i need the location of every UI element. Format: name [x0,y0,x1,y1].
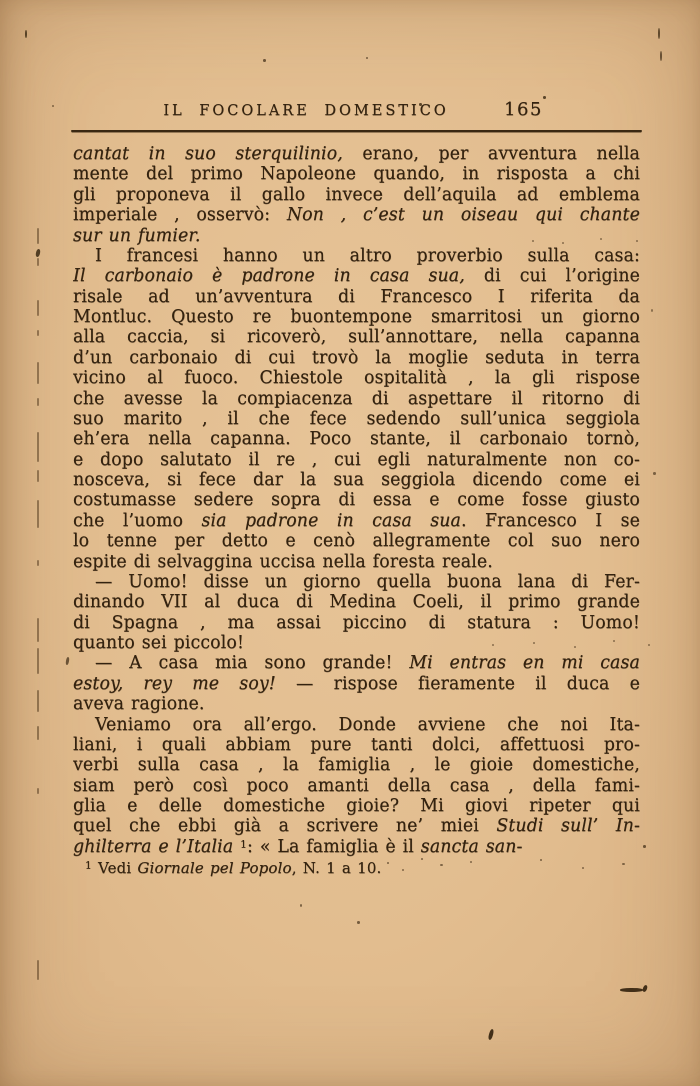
text-line: che l’uomo sia padrone in casa sua. Fran… [73,511,640,531]
text-line: — A casa mia sono grande! Mi entras en m… [73,653,640,673]
text-segment: liani, i quali abbiam pure tanti dolci, … [73,735,640,755]
fold-crease-mark [37,500,39,528]
ink-speckle [263,59,266,62]
fold-crease-mark [37,300,39,316]
ink-speckle [402,869,404,871]
text-line: ghilterra e l’Italia 1: « La famiglia è … [73,837,640,857]
text-line: quel che ebbi già a scrivere ne’ miei St… [73,816,640,836]
text-segment: siam però così poco amanti della casa , … [73,776,640,796]
ink-speckle [532,240,534,242]
text-line: suo marito , il che fece sedendo sull’un… [73,409,640,429]
text-line: glia e delle domestiche gioie? Mi giovi … [73,796,640,816]
text-line: 1 Vedi Giornale pel Popolo, N. 1 a 10. [73,859,640,878]
text-segment: sancta san- [421,837,523,857]
text-line: imperiale , osservò: Non , c’est un oise… [73,205,640,225]
ink-speckle [35,249,41,258]
text-line: lo tenne per detto e cenò allegramente c… [73,531,640,551]
text-segment: Vedi [92,859,138,877]
ink-speckle [642,985,648,993]
ink-speckle [648,644,650,646]
ink-speckle [600,238,602,240]
paragraph: Veniamo ora all’ergo. Donde avviene che … [73,715,640,858]
text-segment: che avesse la compiacenza di aspettare i… [73,389,640,409]
text-segment: alla caccia, si ricoverò, sull’annottare… [73,327,640,347]
paragraph: — A casa mia sono grande! Mi entras en m… [73,653,640,714]
paragraph: — Uomo! disse un giorno quella buona lan… [73,572,640,654]
footnote-marker: 1 [240,838,247,850]
text-segment: — A casa mia sono grande! [95,653,409,673]
text-line: nosceva, si fece dar la sua seggiola dic… [73,470,640,490]
fold-crease-mark [37,648,39,674]
fold-crease-mark [37,690,39,712]
text-line: liani, i quali abbiam pure tanti dolci, … [73,735,640,755]
ink-speckle [533,642,535,644]
body-text: cantat in suo sterquilinio, erano, per a… [73,144,640,857]
text-segment: aveva ragione. [73,694,205,714]
fold-crease-mark [37,560,39,566]
ink-speckle [543,96,546,99]
ink-speckle [574,646,576,648]
text-segment: imperiale , osservò: [73,205,287,225]
text-line: — Uomo! disse un giorno quella buona lan… [73,572,640,592]
text-segment: Mi entras en mi casa [409,653,640,673]
fold-crease-mark [37,362,39,384]
text-line: eh’era nella capanna. Poco stante, il ca… [73,429,640,449]
ink-speckle [25,30,27,38]
ink-speckle [300,904,302,907]
fold-crease-mark [37,432,39,462]
fold-crease-mark [37,618,39,642]
text-segment: quanto sei piccolo! [73,633,244,653]
text-segment: espite di selvaggina uccisa nella forest… [73,552,493,572]
text-line: aveva ragione. [73,694,640,714]
header-rule [71,130,642,132]
fold-crease-mark [37,228,39,244]
ink-speckle [65,657,69,665]
text-line: d’un carbonaio di cui trovò la moglie se… [73,348,640,368]
text-line: verbi sulla casa , la famiglia , le gioi… [73,755,640,775]
text-segment: mente del primo Napoleone quando, in ris… [73,164,640,184]
ink-speckle [52,105,54,107]
text-line: espite di selvaggina uccisa nella forest… [73,552,640,572]
ink-speckle [651,309,653,312]
text-segment: — rispose fieramente il duca e [276,674,640,694]
text-segment: Non , c’est un oiseau qui chante [287,205,640,225]
text-segment: cantat in suo sterquilinio, [73,144,343,164]
ink-speckle [582,867,584,869]
fold-crease-mark [37,470,39,482]
text-segment: suo marito , il che fece sedendo sull’un… [73,409,640,429]
text-segment: glia e delle domestiche gioie? Mi giovi … [73,796,640,816]
paragraph: cantat in suo sterquilinio, erano, per a… [73,144,640,246]
ink-speckle [622,863,625,865]
ink-speckle [440,864,443,866]
text-segment: sur un fumier. [73,226,201,246]
text-line: di Spagna , ma assai piccino di statura … [73,613,640,633]
text-segment: Studi sull’ In- [496,816,640,836]
text-line: alla caccia, si ricoverò, sull’annottare… [73,327,640,347]
text-segment: vicino al fuoco. Chiestole ospitalità , … [73,368,640,388]
text-segment: che l’uomo [73,511,201,531]
ink-speckle [492,644,494,646]
ink-speckle [636,240,638,242]
text-segment: ghilterra e l’Italia [73,837,233,857]
text-line: I francesi hanno un altro proverbio sull… [73,246,640,266]
text-segment: verbi sulla casa , la famiglia , le gioi… [73,755,640,775]
text-segment: Il carbonaio è padrone in casa sua, [73,266,465,286]
text-segment: d’un carbonaio di cui trovò la moglie se… [73,348,640,368]
fold-crease-mark [37,398,39,406]
text-line: Montluc. Questo re buontempone smarritos… [73,307,640,327]
text-segment: Montluc. Questo re buontempone smarritos… [73,307,640,327]
text-line: cantat in suo sterquilinio, erano, per a… [73,144,640,164]
text-line: siam però così poco amanti della casa , … [73,776,640,796]
fold-crease-mark [37,258,39,266]
fold-crease-mark [37,726,39,740]
fold-crease-mark [37,788,39,794]
paragraph: I francesi hanno un altro proverbio sull… [73,246,640,572]
text-segment: lo tenne per detto e cenò allegramente c… [73,531,640,551]
text-segment: di Spagna , ma assai piccino di statura … [73,613,640,633]
text-segment: : « La famiglia è il [247,837,421,857]
text-line: dinando VII al duca di Medina Coeli, il … [73,592,640,612]
ink-speckle [653,472,656,475]
text-line: sur un fumier. [73,226,640,246]
ink-speckle [660,51,662,61]
ink-speckle [643,845,646,848]
text-line: e dopo salutato il re , cui egli natural… [73,450,640,470]
page-number: 165 [504,99,543,120]
text-segment: Giornale pel Popolo [137,859,291,877]
text-segment: nosceva, si fece dar la sua seggiola dic… [73,470,640,490]
text-segment: I francesi hanno un altro proverbio sull… [95,246,640,266]
ink-speckle [470,861,472,863]
text-segment: Veniamo ora all’ergo. Donde avviene che … [95,715,640,735]
text-segment: — Uomo! disse un giorno quella buona lan… [95,572,640,592]
text-line: gli proponeva il gallo invece dell’aquil… [73,185,640,205]
paragraph: 1 Vedi Giornale pel Popolo, N. 1 a 10. [73,859,640,878]
running-header-title: IL FOCOLARE DOMESTICO [150,103,462,119]
text-line: quanto sei piccolo! [73,633,640,653]
text-line: Veniamo ora all’ergo. Donde avviene che … [73,715,640,735]
ink-speckle [366,57,368,59]
fold-crease-mark [37,330,39,336]
ink-speckle [387,862,389,864]
footnote-marker: 1 [85,860,92,872]
ink-speckle [562,242,564,244]
ink-speckle [613,640,615,642]
text-segment: . Francesco I se [461,511,640,531]
text-segment: , N. 1 a 10. [292,859,382,877]
text-segment: dinando VII al duca di Medina Coeli, il … [73,592,640,612]
ink-speckle [357,921,360,924]
text-line: vicino al fuoco. Chiestole ospitalità , … [73,368,640,388]
book-page-scan: IL FOCOLARE DOMESTICO 165 cantat in suo … [0,0,700,1086]
text-segment: costumasse sedere sopra di essa e come f… [73,490,640,510]
ink-speckle [488,1029,495,1041]
text-line: estoy, rey me soy! — rispose fieramente … [73,674,640,694]
text-segment: gli proponeva il gallo invece dell’aquil… [73,185,640,205]
text-line: risale ad un’avventura di Francesco I ri… [73,287,640,307]
ink-speckle [419,103,422,106]
text-line: mente del primo Napoleone quando, in ris… [73,164,640,184]
text-line: che avesse la compiacenza di aspettare i… [73,389,640,409]
fold-crease-mark [37,960,39,980]
text-segment: eh’era nella capanna. Poco stante, il ca… [73,429,640,449]
text-segment: e dopo salutato il re , cui egli natural… [73,450,640,470]
ink-speckle [540,859,542,861]
ink-speckle [620,988,643,992]
ink-speckle [421,858,423,860]
text-segment: erano, per avventura nella [343,144,640,164]
footnote: 1 Vedi Giornale pel Popolo, N. 1 a 10. [73,859,640,878]
text-line: Il carbonaio è padrone in casa sua, di c… [73,266,640,286]
ink-speckle [658,28,660,39]
text-segment: sia padrone in casa sua [201,511,461,531]
text-segment: risale ad un’avventura di Francesco I ri… [73,287,640,307]
text-line: costumasse sedere sopra di essa e come f… [73,490,640,510]
text-segment: di cui l’origine [465,266,640,286]
text-segment: quel che ebbi già a scrivere ne’ miei [73,816,496,836]
text-segment: estoy, rey me soy! [73,674,276,694]
